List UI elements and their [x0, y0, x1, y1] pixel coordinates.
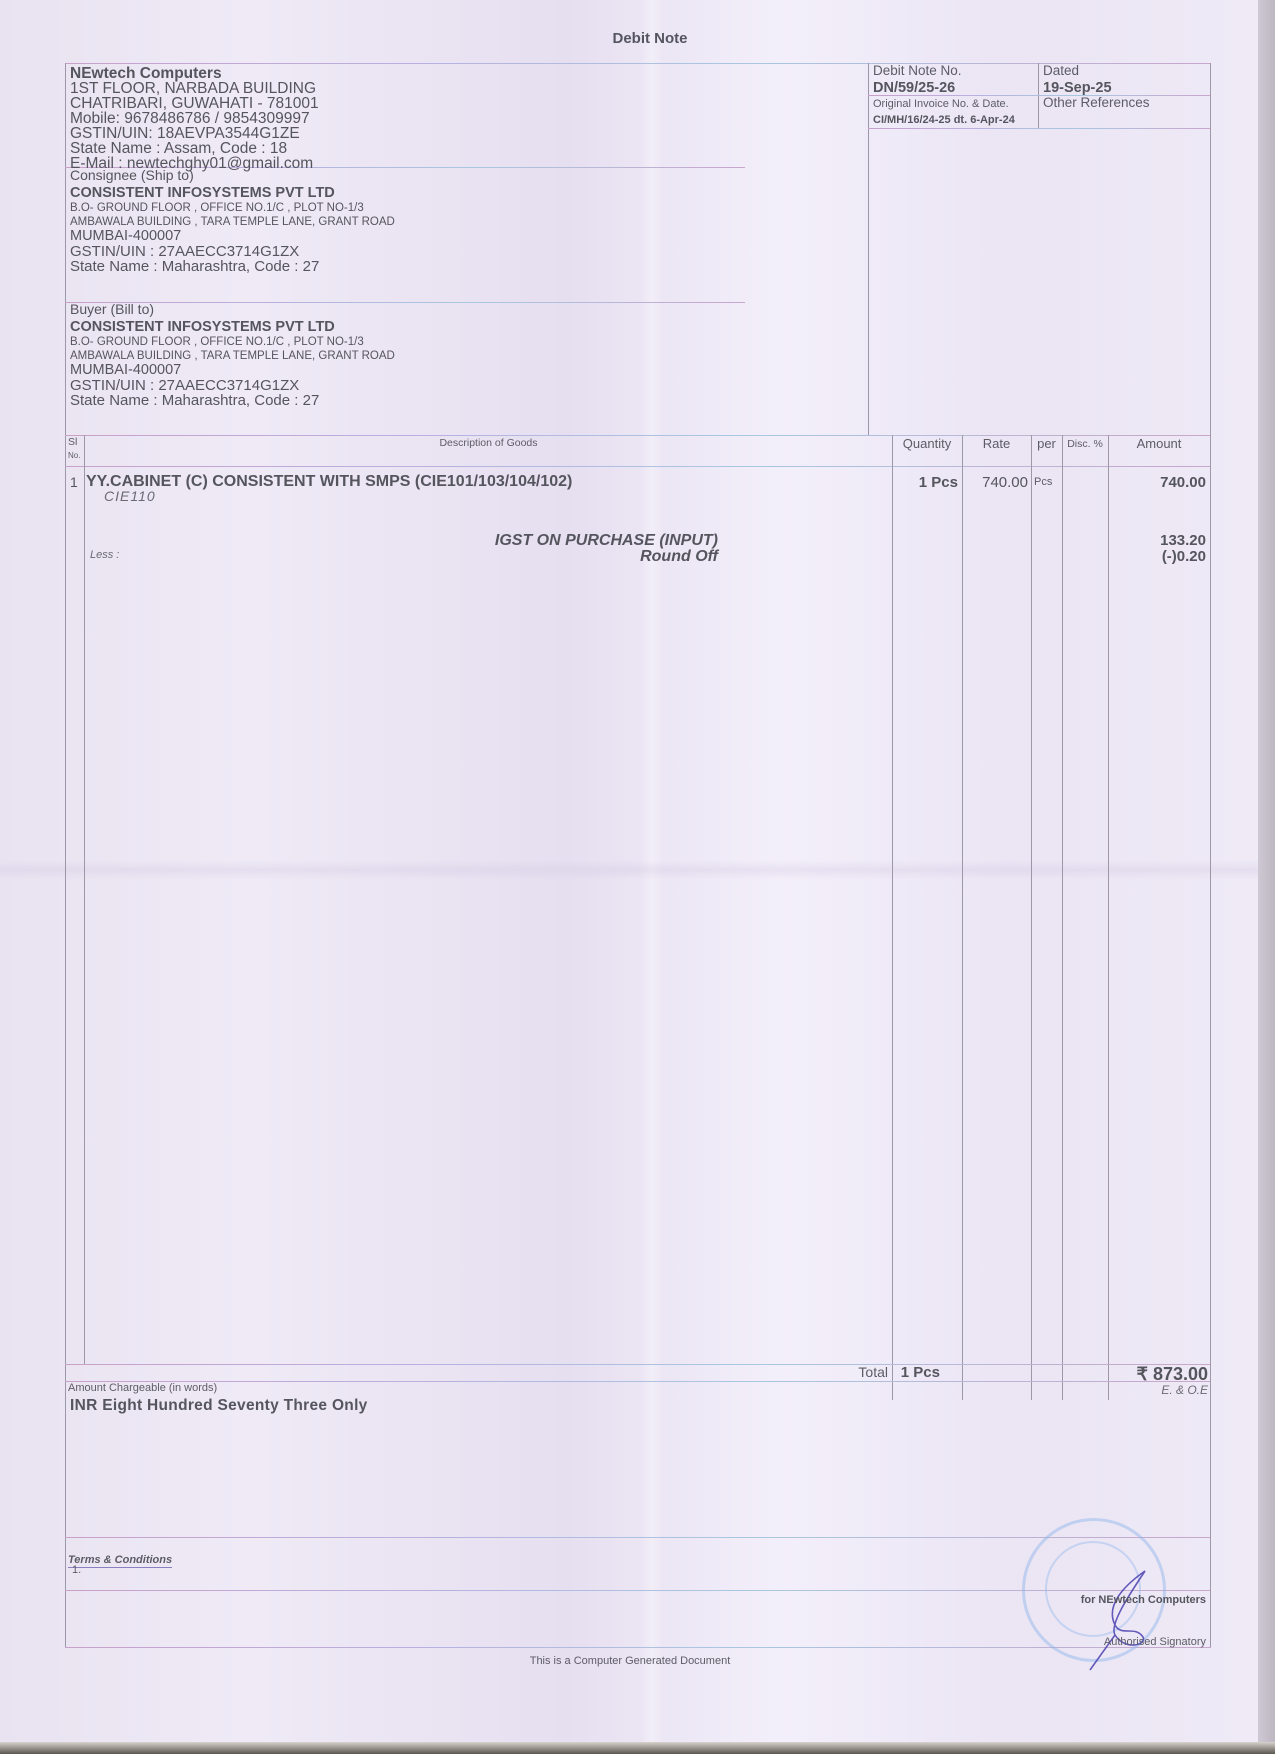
original-invoice-label: Original Invoice No. & Date.	[873, 98, 1009, 110]
col-header-sl-no: No.	[68, 451, 80, 460]
scan-edge-right	[1258, 0, 1275, 1754]
terms-heading: Terms & Conditions	[68, 1550, 172, 1568]
item-sub-description: CIE110	[104, 488, 156, 504]
eoe-note: E. & O.E	[1108, 1383, 1208, 1397]
col-header-rate: Rate	[962, 436, 1031, 451]
buyer-address-1: B.O- GROUND FLOOR , OFFICE NO.1/C , PLOT…	[70, 335, 395, 349]
consignee-city: MUMBAI-400007	[70, 229, 395, 244]
seller-block: NEwtech Computers 1ST FLOOR, NARBADA BUI…	[70, 66, 319, 171]
consignee-gstin: GSTIN/UIN : 27AAECC3714G1ZX	[70, 244, 395, 259]
terms-label: Terms & Conditions	[68, 1554, 172, 1568]
seller-mobile: Mobile: 9678486786 / 9854309997	[70, 111, 319, 126]
buyer-label: Buyer (Bill to)	[70, 302, 395, 317]
col-line-rate	[1031, 435, 1032, 1400]
buyer-address-2: AMBAWALA BUILDING , TARA TEMPLE LANE, GR…	[70, 349, 395, 363]
col-line-description	[892, 435, 893, 1400]
col-header-quantity: Quantity	[892, 436, 962, 451]
frame-right	[1210, 63, 1211, 1648]
buyer-gstin: GSTIN/UIN : 27AAECC3714G1ZX	[70, 378, 395, 393]
seller-address-2: CHATRIBARI, GUWAHATI - 781001	[70, 96, 319, 111]
signature-scribble-icon	[1085, 1565, 1165, 1675]
footer-note: This is a Computer Generated Document	[430, 1655, 830, 1667]
signature-company: for NEwtech Computers	[960, 1594, 1206, 1606]
consignee-address-2: AMBAWALA BUILDING , TARA TEMPLE LANE, GR…	[70, 215, 395, 229]
total-row-top	[65, 1364, 1210, 1365]
seller-address-1: 1ST FLOOR, NARBADA BUILDING	[70, 81, 319, 96]
round-off-amount: (-)0.20	[1108, 548, 1206, 565]
total-amount: ₹ 873.00	[1108, 1364, 1208, 1385]
scan-edge-bottom	[0, 1742, 1275, 1754]
seller-state: State Name : Assam, Code : 18	[70, 141, 319, 156]
item-per: Pcs	[1034, 476, 1052, 488]
item-rate: 740.00	[962, 474, 1028, 491]
amount-words-label: Amount Chargeable (in words)	[68, 1382, 217, 1394]
terms-top-line	[65, 1537, 1210, 1538]
dated-value: 19-Sep-25	[1043, 80, 1112, 96]
total-label: Total	[780, 1364, 888, 1380]
consignee-state: State Name : Maharashtra, Code : 27	[70, 259, 395, 274]
consignee-block: Consignee (Ship to) CONSISTENT INFOSYSTE…	[70, 168, 395, 274]
consignee-name: CONSISTENT INFOSYSTEMS PVT LTD	[70, 186, 395, 201]
amount-words-value: INR Eight Hundred Seventy Three Only	[70, 1397, 368, 1415]
item-amount: 740.00	[1108, 474, 1206, 491]
col-line-disc	[1108, 435, 1109, 1400]
frame-left	[65, 63, 66, 1648]
other-references-label: Other References	[1043, 95, 1150, 110]
col-line-per	[1062, 435, 1063, 1400]
total-row-bottom	[65, 1381, 1210, 1382]
buyer-block: Buyer (Bill to) CONSISTENT INFOSYSTEMS P…	[70, 302, 395, 408]
debit-note-no: DN/59/25-26	[873, 80, 955, 96]
col-line-quantity	[962, 435, 963, 1400]
header-field-divider	[1038, 63, 1039, 129]
consignee-address-1: B.O- GROUND FLOOR , OFFICE NO.1/C , PLOT…	[70, 201, 395, 215]
tax-line-amount: 133.20	[1108, 532, 1206, 549]
less-label: Less :	[90, 549, 119, 561]
item-quantity: 1 Pcs	[892, 474, 958, 491]
buyer-name: CONSISTENT INFOSYSTEMS PVT LTD	[70, 320, 395, 335]
dated-label: Dated	[1043, 63, 1079, 78]
original-invoice-value: CI/MH/16/24-25 dt. 6-Apr-24	[873, 114, 1015, 126]
col-header-disc: Disc. %	[1062, 438, 1108, 450]
consignee-label: Consignee (Ship to)	[70, 168, 395, 183]
round-off-label: Round Off	[300, 548, 718, 566]
paper-fold-horizontal	[0, 860, 1258, 880]
col-header-description: Description of Goods	[85, 437, 892, 449]
terms-item-1: 1.	[72, 1564, 81, 1576]
col-header-amount: Amount	[1108, 436, 1210, 451]
header-field-line-2	[868, 128, 1210, 129]
seller-gstin: GSTIN/UIN: 18AEVPA3544G1ZE	[70, 126, 319, 141]
document-title: Debit Note	[560, 30, 740, 47]
buyer-city: MUMBAI-400007	[70, 363, 395, 378]
signature-authorised: Authorised Signatory	[960, 1636, 1206, 1648]
item-sl: 1	[70, 474, 78, 490]
table-header-bottom	[65, 466, 1210, 467]
seller-name: NEwtech Computers	[70, 66, 319, 81]
header-divider	[868, 63, 869, 435]
col-header-per: per	[1031, 436, 1062, 451]
total-quantity: 1 Pcs	[892, 1364, 940, 1381]
col-line-sl	[84, 435, 85, 1365]
debit-note-no-label: Debit Note No.	[873, 63, 962, 78]
item-description: YY.CABINET (C) CONSISTENT WITH SMPS (CIE…	[86, 473, 572, 491]
col-header-sl: Sl	[68, 436, 77, 448]
buyer-state: State Name : Maharashtra, Code : 27	[70, 393, 395, 408]
